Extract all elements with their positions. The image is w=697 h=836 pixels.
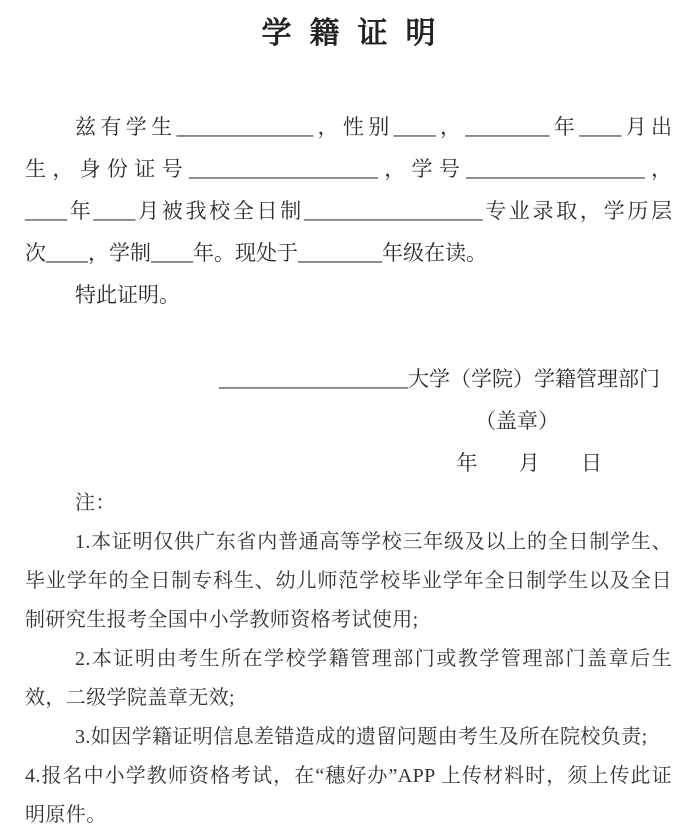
signature-block: __________________大学（学院）学籍管理部门 （盖章） 年 月 … (25, 358, 672, 484)
certificate-page: 学籍证明 兹有学生_____________，性别____，________年_… (0, 0, 697, 836)
notes-section: 注： 1.本证明仅供广东省内普通高等学校三年级及以上的全日制学生、毕业学年的全日… (25, 484, 672, 835)
body-line-hereby-certified: 特此证明。 (25, 274, 672, 316)
document-title: 学籍证明 (25, 12, 672, 56)
note-item-1: 1.本证明仅供广东省内普通高等学校三年级及以上的全日制学生、毕业学年的全日制专科… (25, 523, 672, 640)
seal-label: （盖章） (25, 400, 672, 442)
note-item-4: 4.报名中小学教师资格考试，在“穗好办”APP 上传材料时，须上传此证明原件。 (25, 757, 672, 835)
certificate-body: 兹有学生_____________，性别____，________年____月出… (25, 106, 672, 316)
note-item-3: 3.如因学籍证明信息差错造成的遗留问题由考生及所在院校负责; (25, 718, 672, 757)
body-line-id-number-student-number: 生，身份证号__________________，学号_____________… (25, 148, 672, 190)
certificate-content: 学籍证明 兹有学生_____________，性别____，________年_… (0, 12, 697, 835)
date-line: 年 月 日 (25, 442, 672, 484)
body-line-level-duration-grade: 次____，学制____年。现处于________年级在读。 (25, 232, 672, 274)
signature-unit-line: __________________大学（学院）学籍管理部门 (25, 358, 672, 400)
body-line-student-gender-birth: 兹有学生_____________，性别____，________年____月出 (25, 106, 672, 148)
note-item-2: 2.本证明由考生所在学校学籍管理部门或教学管理部门盖章后生效，二级学院盖章无效; (25, 640, 672, 718)
body-line-admission-major: ____年____月被我校全日制_________________专业录取，学历… (25, 190, 672, 232)
notes-heading: 注： (25, 484, 672, 523)
